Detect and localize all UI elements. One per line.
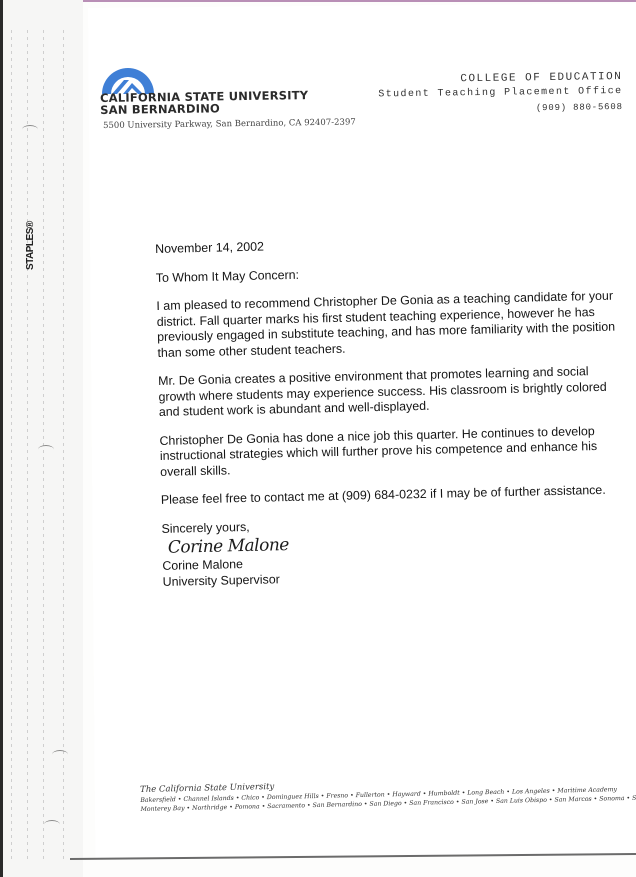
sheet-protector-strip: STAPLES®	[3, 0, 83, 877]
closing-block: Sincerely yours, Corine Malone Corine Ma…	[161, 511, 632, 590]
paragraph: Please feel free to contact me at (909) …	[161, 482, 631, 508]
binder-hole-icon	[22, 125, 38, 134]
binder-hole-icon	[52, 750, 68, 759]
department-block: COLLEGE OF EDUCATION Student Teaching Pl…	[378, 70, 623, 117]
salutation: To Whom It May Concern:	[156, 260, 626, 286]
binder-hole-icon	[38, 445, 54, 454]
sleeve-ruling	[27, 30, 28, 860]
sleeve-ruling	[63, 30, 64, 860]
letter-body: November 14, 2002 To Whom It May Concern…	[155, 231, 633, 590]
paragraph: Mr. De Gonia creates a positive environm…	[158, 363, 629, 420]
institution-name: CALIFORNIA STATE UNIVERSITY SAN BERNARDI…	[100, 89, 308, 116]
scan-top-edge	[0, 0, 636, 2]
sleeve-ruling	[11, 30, 12, 860]
paragraph: Christopher De Gonia has done a nice job…	[159, 423, 630, 480]
binder-hole-icon	[44, 820, 60, 829]
paragraph: I am pleased to recommend Christopher De…	[156, 288, 627, 361]
staples-brand-mark: STAPLES®	[25, 221, 36, 270]
